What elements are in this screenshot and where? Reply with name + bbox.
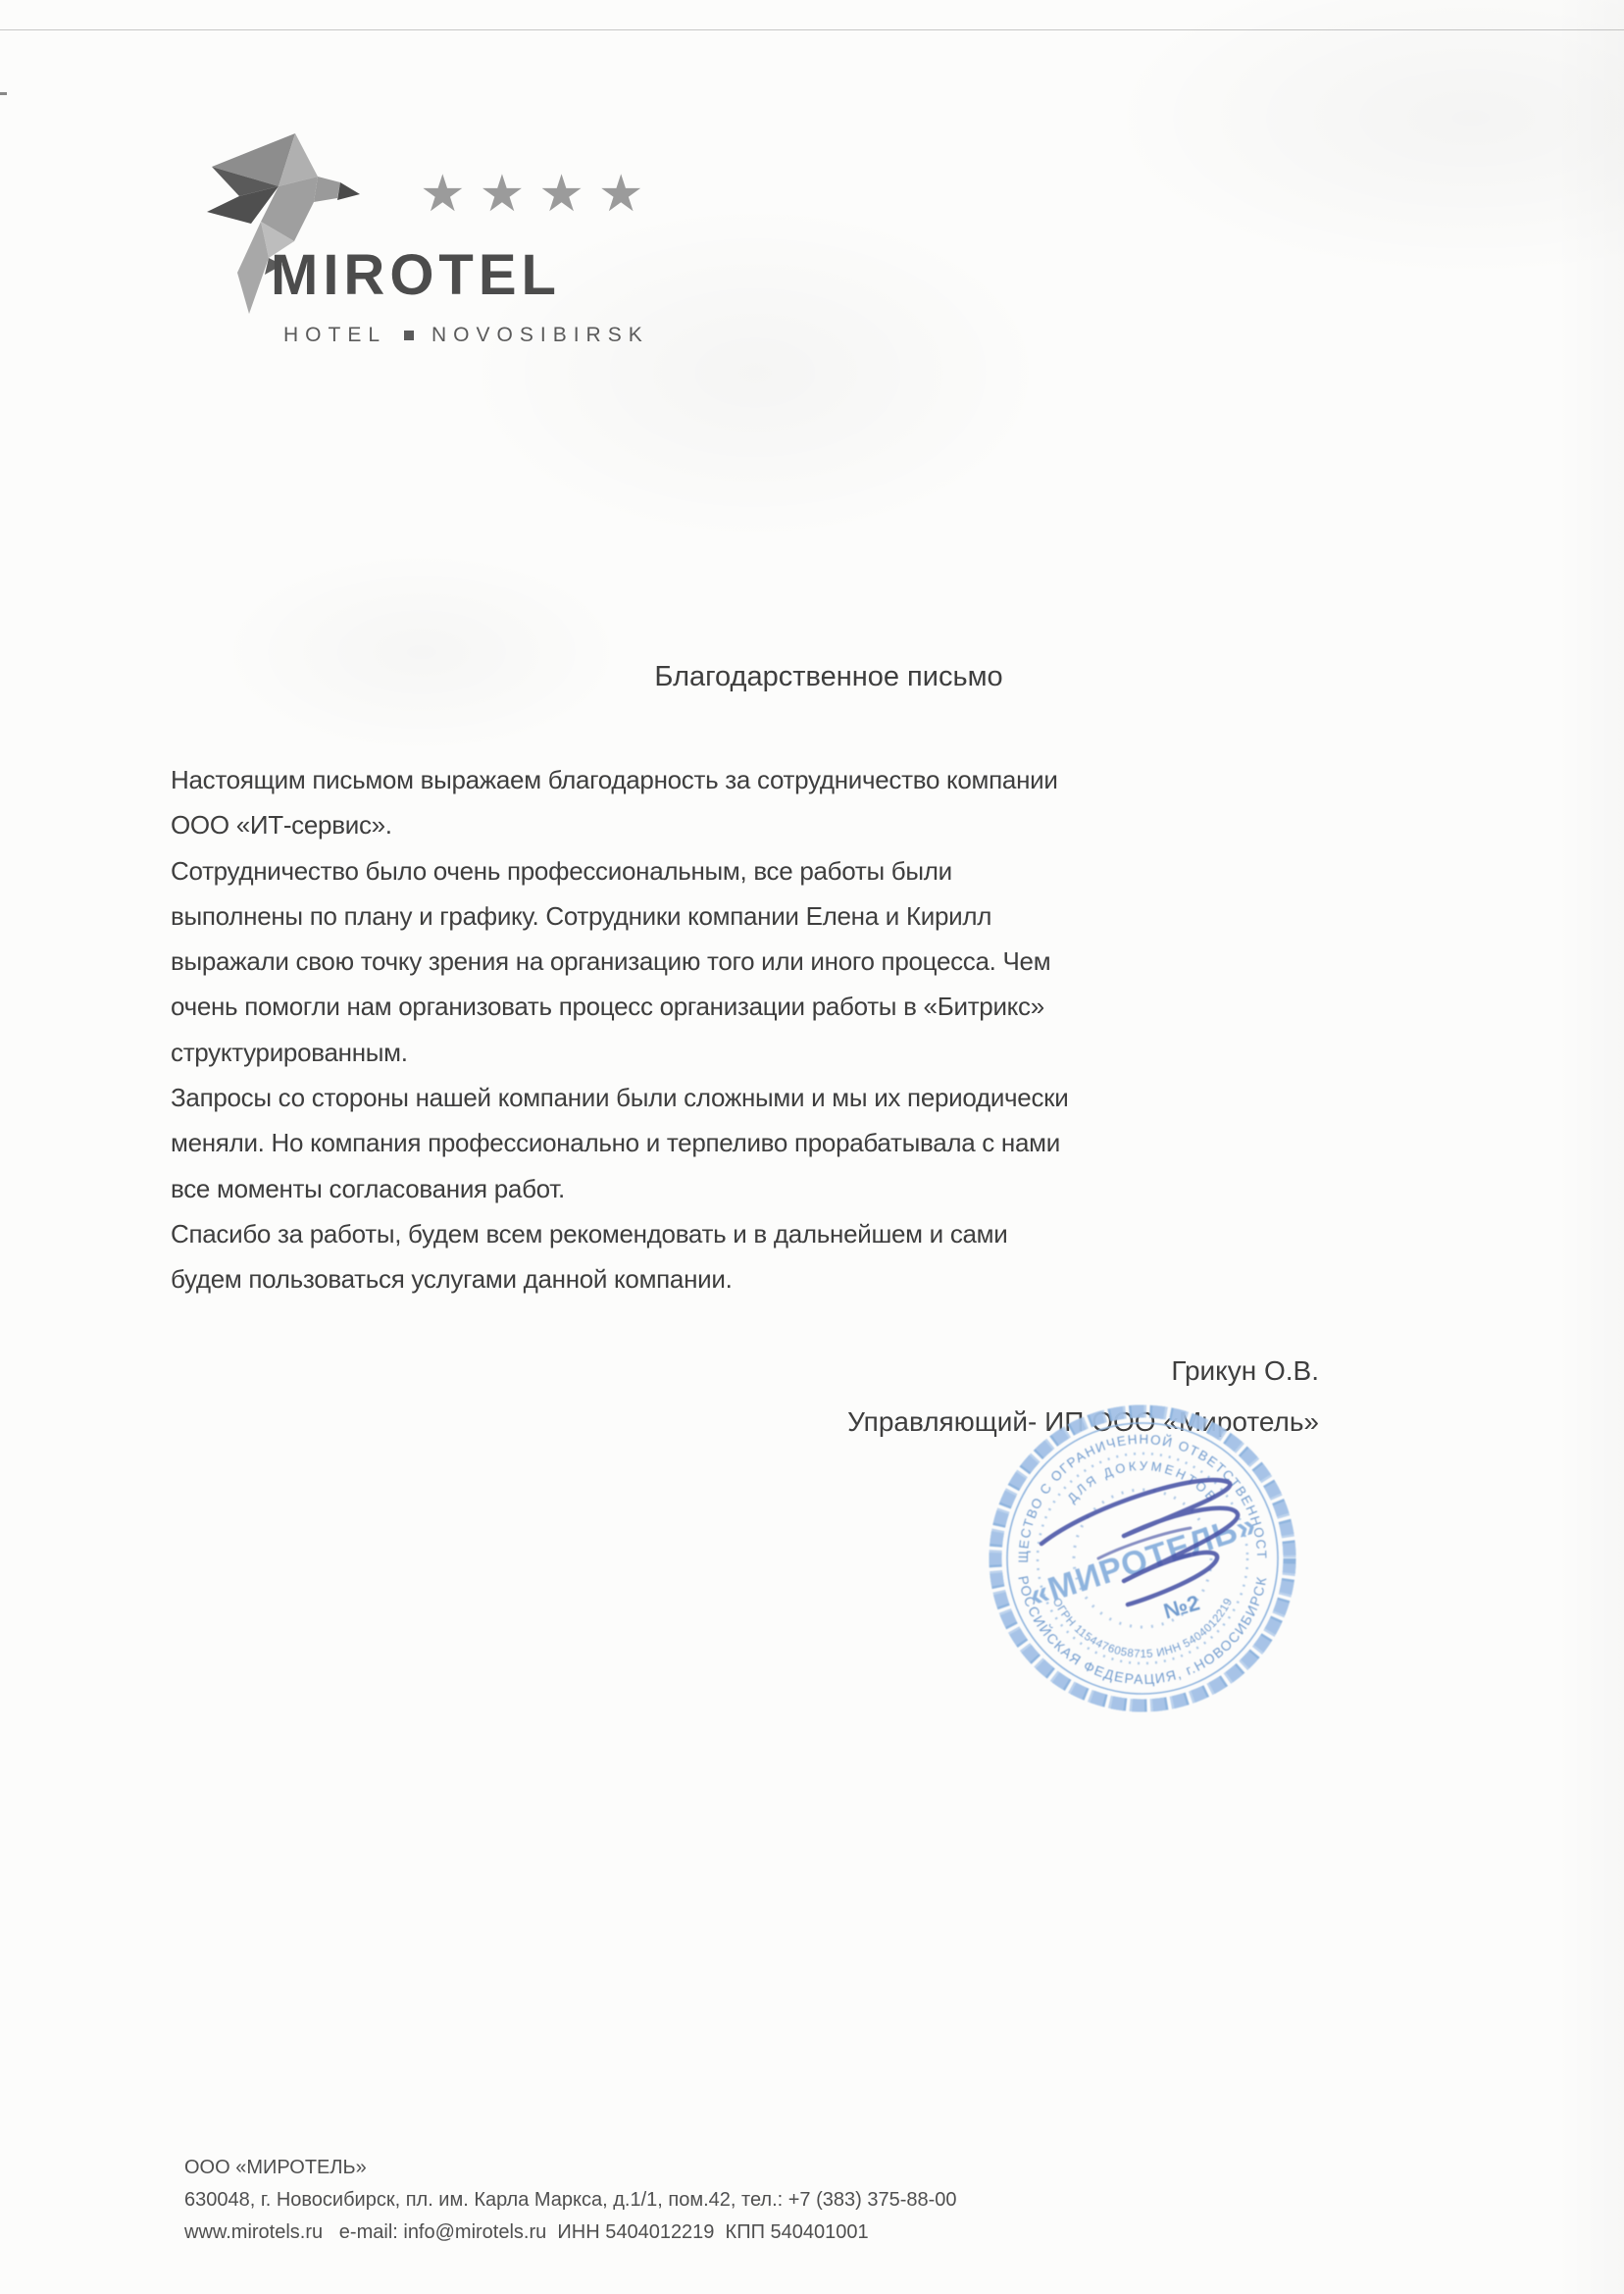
- scanned-letter-page: ★★★★ MIROTEL HOTEL NOVOSIBIRSK Благодарс…: [0, 0, 1624, 2294]
- body-line: Сотрудничество было очень профессиональн…: [171, 848, 1068, 893]
- letter-title: Благодарственное письмо: [654, 661, 1002, 693]
- logo-subtitle: HOTEL NOVOSIBIRSK: [283, 324, 649, 347]
- body-line: меняли. Но компания профессионально и те…: [171, 1120, 1068, 1165]
- stamp-inner-bottom-text: ОГРН 1154476058715 ИНН 5404012219: [1050, 1597, 1236, 1660]
- letter-body: Настоящим письмом выражаем благодарность…: [171, 757, 1068, 1302]
- body-line: все моменты согласования работ.: [171, 1166, 1068, 1211]
- brand-wordmark: MIROTEL: [271, 247, 561, 304]
- body-line: структурированным.: [171, 1030, 1068, 1075]
- logo-subtitle-city: NOVOSIBIRSK: [431, 324, 649, 347]
- footer-contacts: www.mirotels.ru e-mail: info@mirotels.ru…: [184, 2217, 957, 2249]
- footer-address: 630048, г. Новосибирск, пл. им. Карла Ма…: [184, 2184, 957, 2217]
- body-line: выражали свою точку зрения на организаци…: [171, 939, 1068, 984]
- scan-artifact-line: [0, 29, 1624, 30]
- body-line: Настоящим письмом выражаем благодарность…: [171, 757, 1068, 802]
- body-line: Запросы со стороны нашей компании были с…: [171, 1075, 1068, 1120]
- footer-company: ООО «МИРОТЕЛЬ»: [184, 2152, 957, 2184]
- stamp-number: №2: [1161, 1590, 1202, 1623]
- square-separator-icon: [404, 331, 414, 340]
- signature-name: Грикун О.В.: [847, 1346, 1319, 1397]
- body-line: ООО «ИТ-сервис».: [171, 802, 1068, 847]
- body-line: выполнены по плану и графику. Сотрудники…: [171, 893, 1068, 939]
- body-line: очень помогли нам организовать процесс о…: [171, 984, 1068, 1029]
- logo-subtitle-hotel: HOTEL: [283, 324, 386, 347]
- body-line: Спасибо за работы, будем всем рекомендов…: [171, 1211, 1068, 1256]
- body-line: будем пользоваться услугами данной компа…: [171, 1256, 1068, 1301]
- four-star-rating: ★★★★: [420, 169, 657, 220]
- scan-artifact-mark: [0, 92, 7, 95]
- company-stamp: ОБЩЕСТВО С ОГРАНИЧЕННОЙ ОТВЕТСТВЕННОСТЬЮ…: [981, 1397, 1304, 1720]
- letter-footer: ООО «МИРОТЕЛЬ» 630048, г. Новосибирск, п…: [184, 2152, 957, 2249]
